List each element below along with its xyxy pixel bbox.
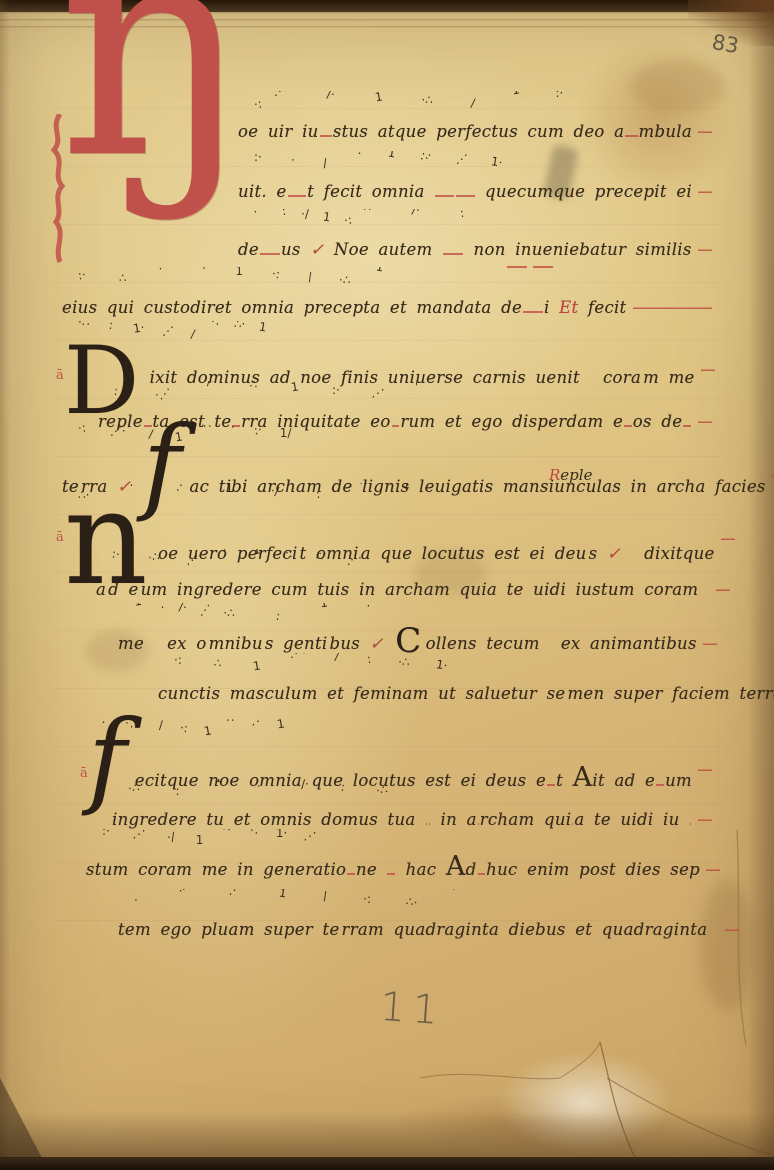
chant-text-segment: eple	[560, 466, 592, 484]
red-line-filler	[507, 261, 527, 268]
red-line-filler	[533, 261, 553, 268]
chant-text-segment	[528, 256, 532, 272]
pencil-number: 11	[378, 984, 446, 1034]
extra-red-dashes	[506, 256, 554, 272]
manuscript-photo: ŋ ·:⋰∕·1·∴∕1:·oe uir iustus atque perfec…	[0, 0, 774, 1170]
folio-number: 83	[710, 30, 740, 58]
rubric-text: R	[549, 466, 560, 484]
repeat-cue: Reple	[549, 466, 592, 484]
